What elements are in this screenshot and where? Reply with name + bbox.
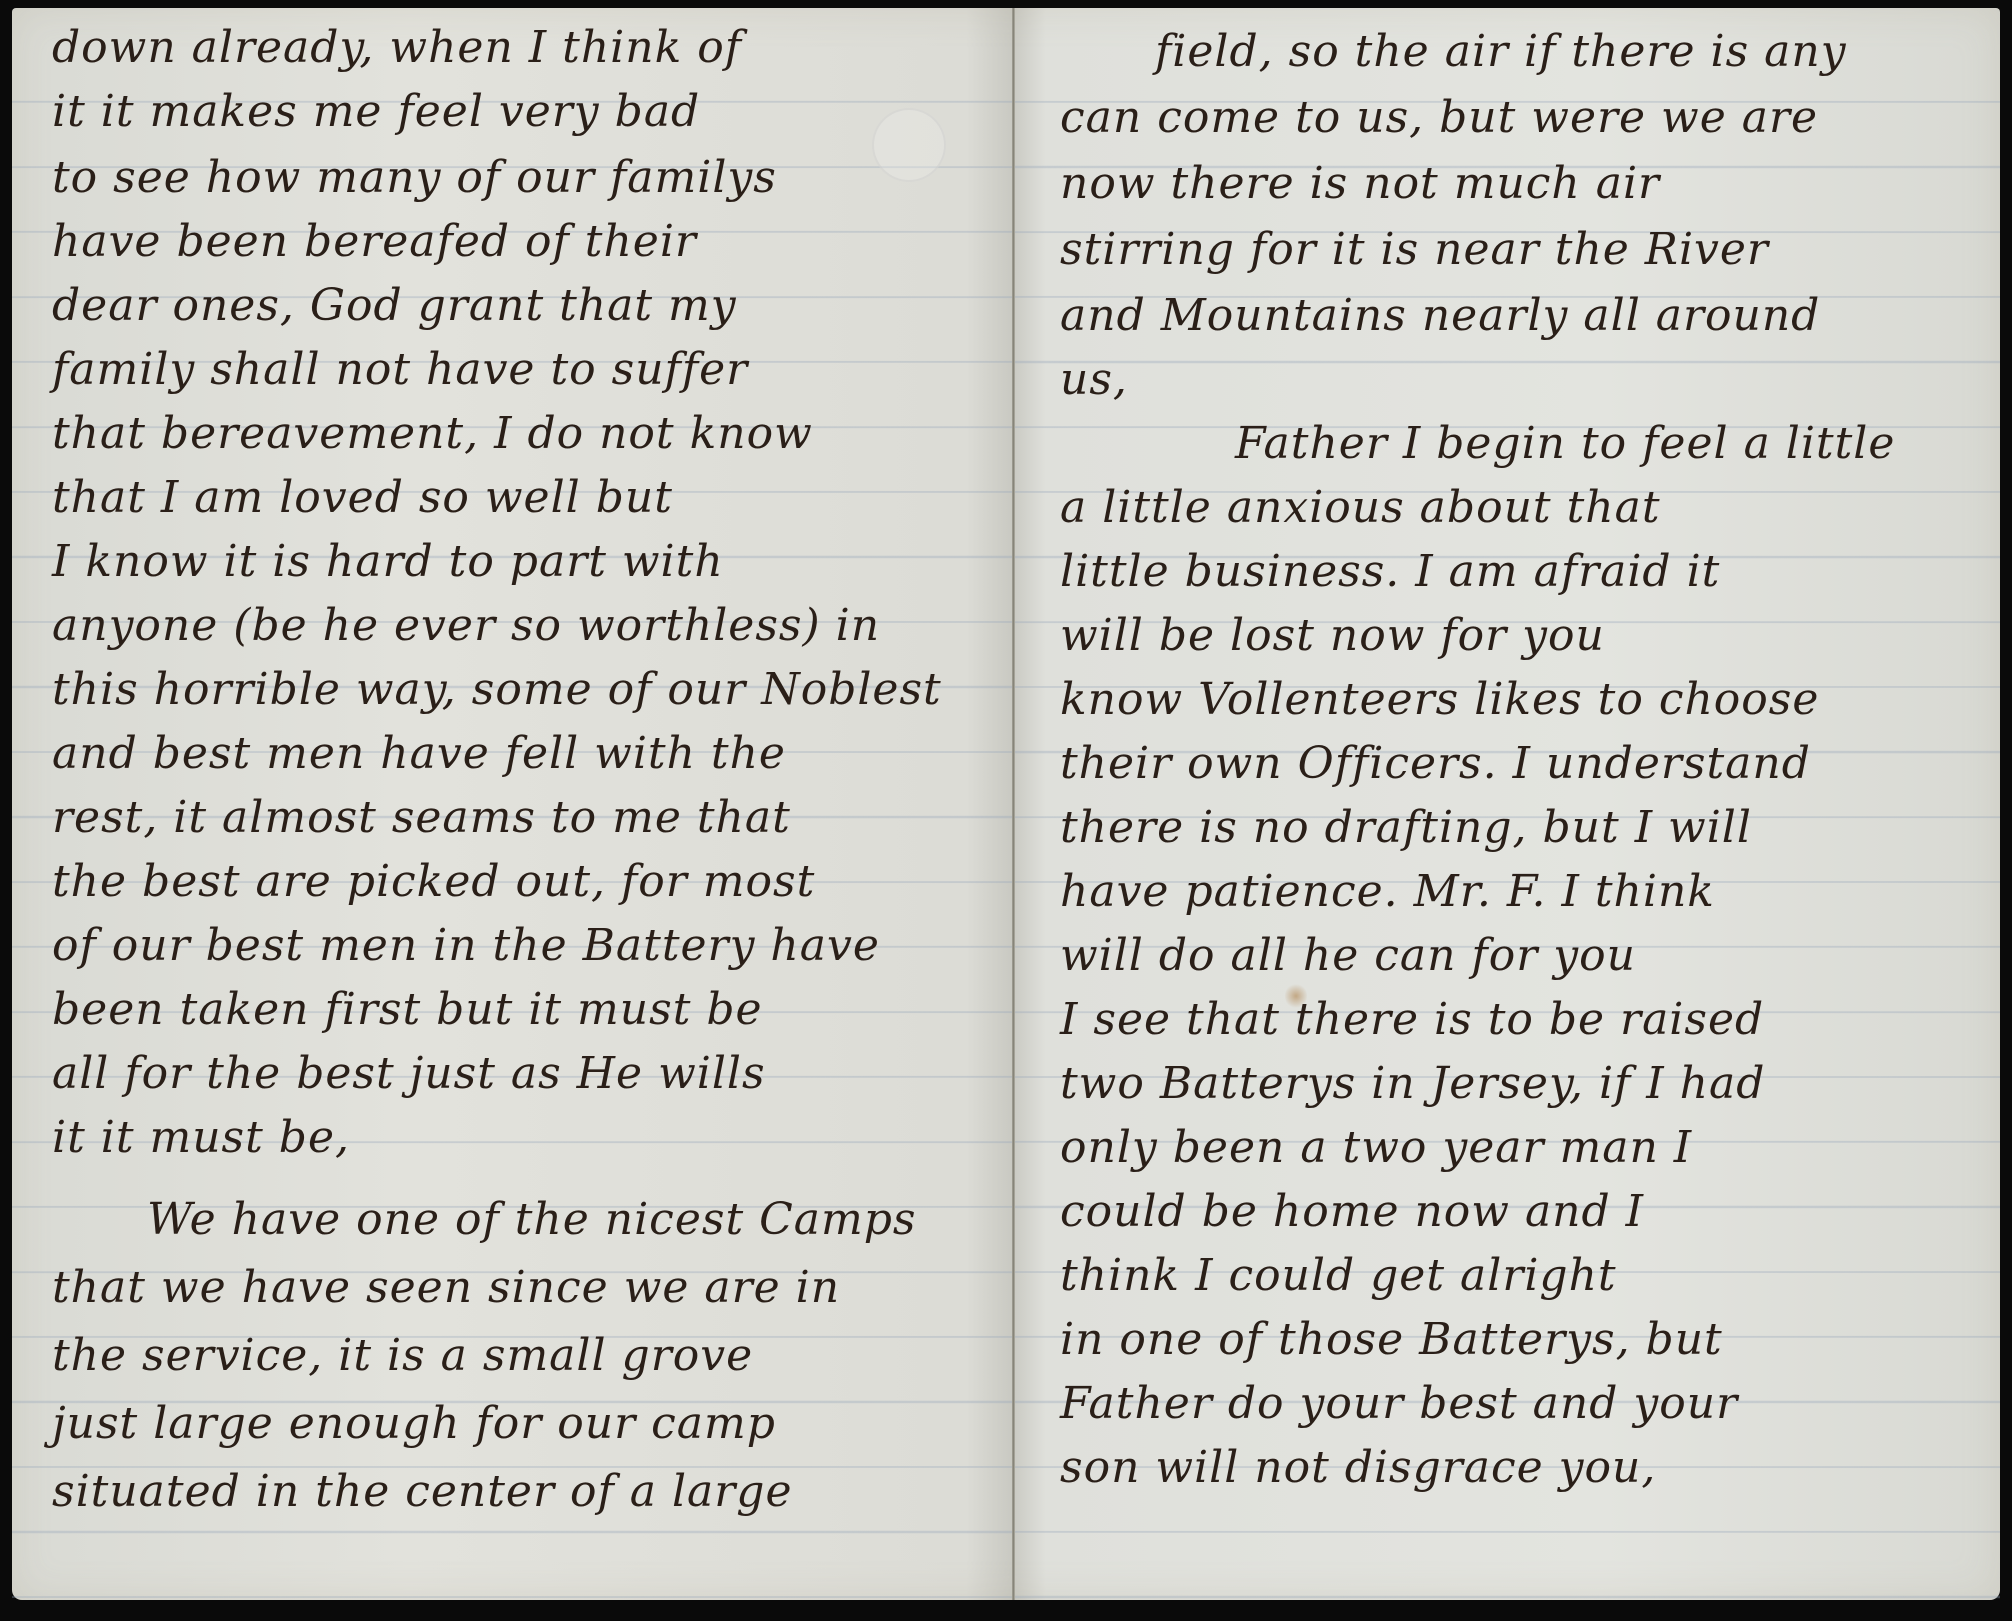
letter-line: that we have seen since we are in bbox=[52, 1266, 840, 1310]
letter-line: there is no drafting, but I will bbox=[1060, 806, 1752, 850]
letter-line: can come to us, but were we are bbox=[1060, 96, 1818, 140]
letter-line: and best men have fell with the bbox=[52, 732, 786, 776]
letter-line: will do all he can for you bbox=[1060, 934, 1636, 978]
letter-line: the service, it is a small grove bbox=[52, 1334, 753, 1378]
letter-line: Father do your best and your bbox=[1060, 1382, 1738, 1426]
letter-line: anyone (be he ever so worthless) in bbox=[52, 604, 880, 648]
letter-line: family shall not have to suffer bbox=[52, 348, 748, 392]
letter-line: little business. I am afraid it bbox=[1060, 550, 1720, 594]
letter-line: could be home now and I bbox=[1060, 1190, 1644, 1234]
right-page: field, so the air if there is any can co… bbox=[1015, 8, 2000, 1600]
letter-line: only been a two year man I bbox=[1060, 1126, 1692, 1170]
letter-line: have patience. Mr. F. I think bbox=[1060, 870, 1715, 914]
letter-line: to see how many of our familys bbox=[52, 156, 777, 200]
letter-sheet: down already, when I think of it it make… bbox=[12, 8, 2000, 1600]
letter-line: I know it is hard to part with bbox=[52, 540, 724, 584]
letter-line: know Vollenteers likes to choose bbox=[1060, 678, 1819, 722]
letter-line: all for the best just as He wills bbox=[52, 1052, 766, 1096]
letter-line: now there is not much air bbox=[1060, 162, 1660, 206]
embossed-stamp bbox=[872, 108, 946, 182]
letter-line: in one of those Batterys, but bbox=[1060, 1318, 1723, 1362]
letter-line: of our best men in the Battery have bbox=[52, 924, 880, 968]
letter-line: it it must be, bbox=[52, 1116, 350, 1160]
letter-line: have been bereafed of their bbox=[52, 220, 697, 264]
letter-line: stirring for it is near the River bbox=[1060, 228, 1769, 272]
letter-line: son will not disgrace you, bbox=[1060, 1446, 1656, 1490]
letter-line: I see that there is to be raised bbox=[1060, 998, 1764, 1042]
letter-line: rest, it almost seams to me that bbox=[52, 796, 791, 840]
letter-line: We have one of the nicest Camps bbox=[52, 1198, 916, 1242]
letter-line: think I could get alright bbox=[1060, 1254, 1617, 1298]
letter-line: just large enough for our camp bbox=[52, 1402, 776, 1446]
letter-line: two Batterys in Jersey, if I had bbox=[1060, 1062, 1765, 1106]
letter-line: their own Officers. I understand bbox=[1060, 742, 1811, 786]
letter-line: situated in the center of a large bbox=[52, 1470, 793, 1514]
letter-line: this horrible way, some of our Noblest bbox=[52, 668, 942, 712]
left-page: down already, when I think of it it make… bbox=[12, 8, 1013, 1600]
letter-line: that bereavement, I do not know bbox=[52, 412, 813, 456]
letter-line: field, so the air if there is any bbox=[1060, 30, 1847, 74]
letter-line: a little anxious about that bbox=[1060, 486, 1661, 530]
letter-line: that I am loved so well but bbox=[52, 476, 673, 520]
letter-line: down already, when I think of bbox=[52, 26, 742, 70]
letter-line: and Mountains nearly all around bbox=[1060, 294, 1820, 338]
letter-line: will be lost now for you bbox=[1060, 614, 1605, 658]
letter-line: dear ones, God grant that my bbox=[52, 284, 737, 328]
letter-line: the best are picked out, for most bbox=[52, 860, 815, 904]
letter-line: Father I begin to feel a little bbox=[1060, 422, 1895, 466]
letter-line: us, bbox=[1060, 358, 1128, 402]
letter-line: been taken first but it must be bbox=[52, 988, 763, 1032]
letter-line: it it makes me feel very bad bbox=[52, 90, 700, 134]
